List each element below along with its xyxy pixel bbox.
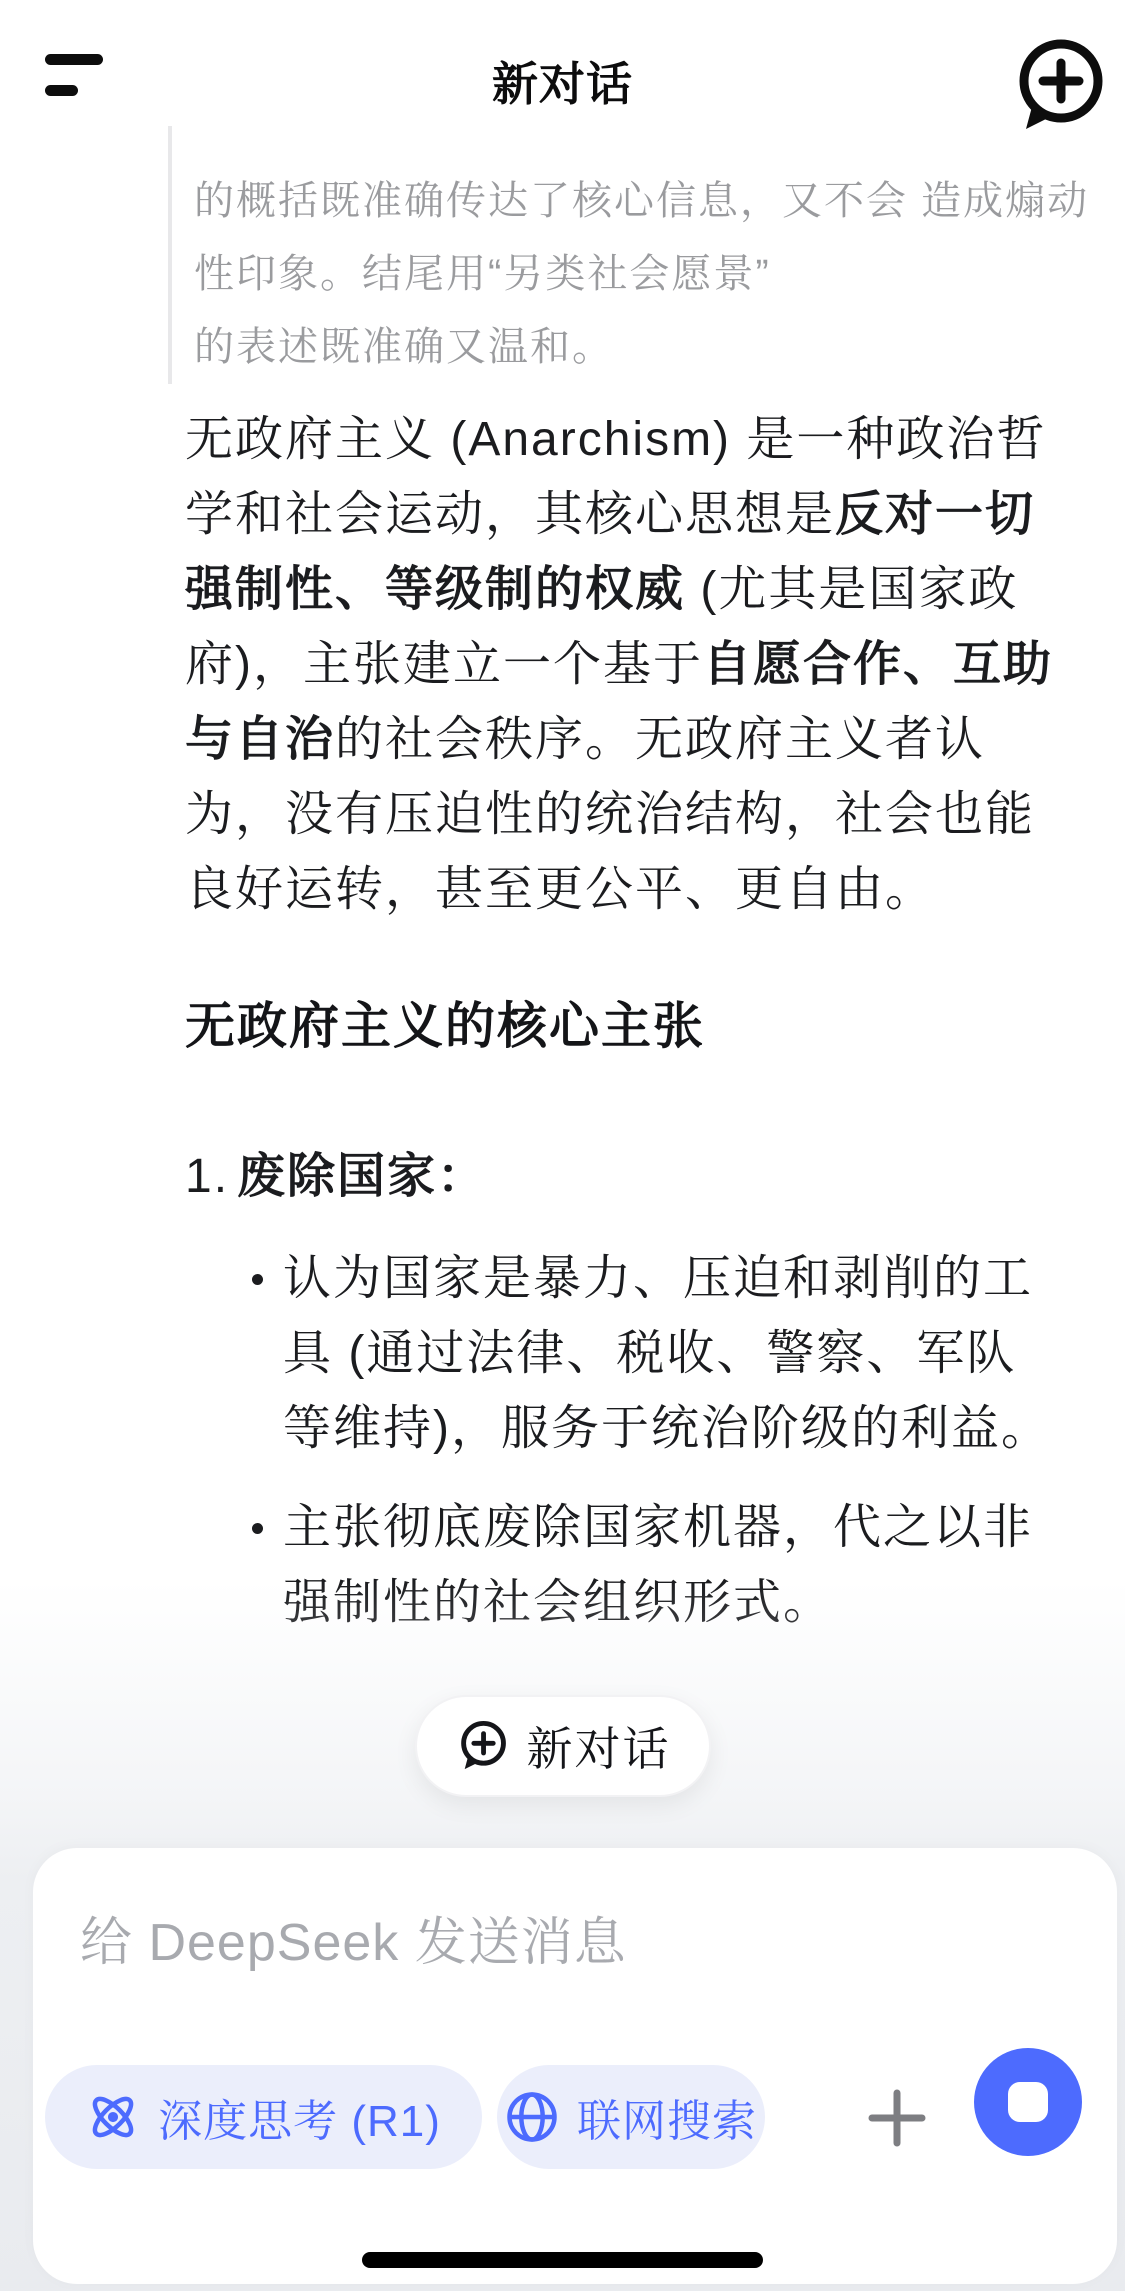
stop-square-icon	[1008, 2082, 1048, 2122]
chat-message-area[interactable]: 的概括既准确传达了核心信息，又不会 造成煽动性印象。结尾用“另类社会愿景” 的表…	[0, 126, 1125, 1660]
bullet-text: 认为国家是暴力、压迫和剥削的工 具 (通过法律、税收、警察、军队 等维持)，服务…	[283, 1241, 1051, 1466]
page-title: 新对话	[0, 48, 1125, 114]
list-number: 1.	[185, 1139, 237, 1214]
answer-paragraph: 无政府主义 (Anarchism) 是一种政治哲 学和社会运动，其核心思想是反对…	[185, 402, 1105, 927]
message-composer[interactable]: 给 DeepSeek 发送消息 深度思考 (R1) 联网搜索	[33, 1848, 1117, 2284]
deep-think-toggle[interactable]: 深度思考 (R1)	[45, 2065, 482, 2169]
web-search-label: 联网搜索	[577, 2085, 757, 2149]
globe-icon	[505, 2090, 559, 2144]
new-chat-nav-button[interactable]	[1008, 34, 1112, 138]
nav-bar: 新对话	[0, 0, 1125, 112]
bullet-dot-icon	[250, 1241, 283, 1466]
reasoning-block: 的概括既准确传达了核心信息，又不会 造成煽动性印象。结尾用“另类社会愿景” 的表…	[168, 126, 1108, 384]
stop-generating-button[interactable]	[974, 2048, 1082, 2156]
reasoning-text	[908, 179, 921, 223]
message-input[interactable]: 给 DeepSeek 发送消息	[80, 1900, 627, 1975]
attach-button[interactable]	[866, 2087, 928, 2149]
ordered-list-item-1: 1. 废除国家：	[185, 1139, 1105, 1214]
reasoning-clipped-line: 的概括既准确传达了核心信息，又不会	[194, 179, 908, 223]
chat-bubble-plus-icon	[455, 1718, 511, 1774]
deepseek-chat-screen: 新对话 的概括既准确传达了核心信息，又不会 造成煽动性印象。结尾用“另类社会愿景…	[0, 0, 1125, 2291]
new-chat-label: 新对话	[527, 1713, 671, 1779]
plus-icon	[866, 2087, 928, 2149]
new-chat-floating-button[interactable]: 新对话	[415, 1695, 711, 1797]
assistant-answer: 无政府主义 (Anarchism) 是一种政治哲 学和社会运动，其核心思想是反对…	[185, 402, 1105, 1660]
deep-think-label: 深度思考 (R1)	[158, 2085, 441, 2149]
web-search-toggle[interactable]: 联网搜索	[497, 2065, 765, 2169]
section-heading: 无政府主义的核心主张	[185, 991, 1105, 1061]
home-indicator[interactable]	[362, 2252, 763, 2268]
chat-bubble-plus-icon	[1008, 34, 1112, 138]
list-item-title: 废除国家：	[237, 1139, 487, 1214]
atom-icon	[86, 2090, 140, 2144]
bullet-item: 认为国家是暴力、压迫和剥削的工 具 (通过法律、税收、警察、军队 等维持)，服务…	[250, 1241, 1105, 1466]
